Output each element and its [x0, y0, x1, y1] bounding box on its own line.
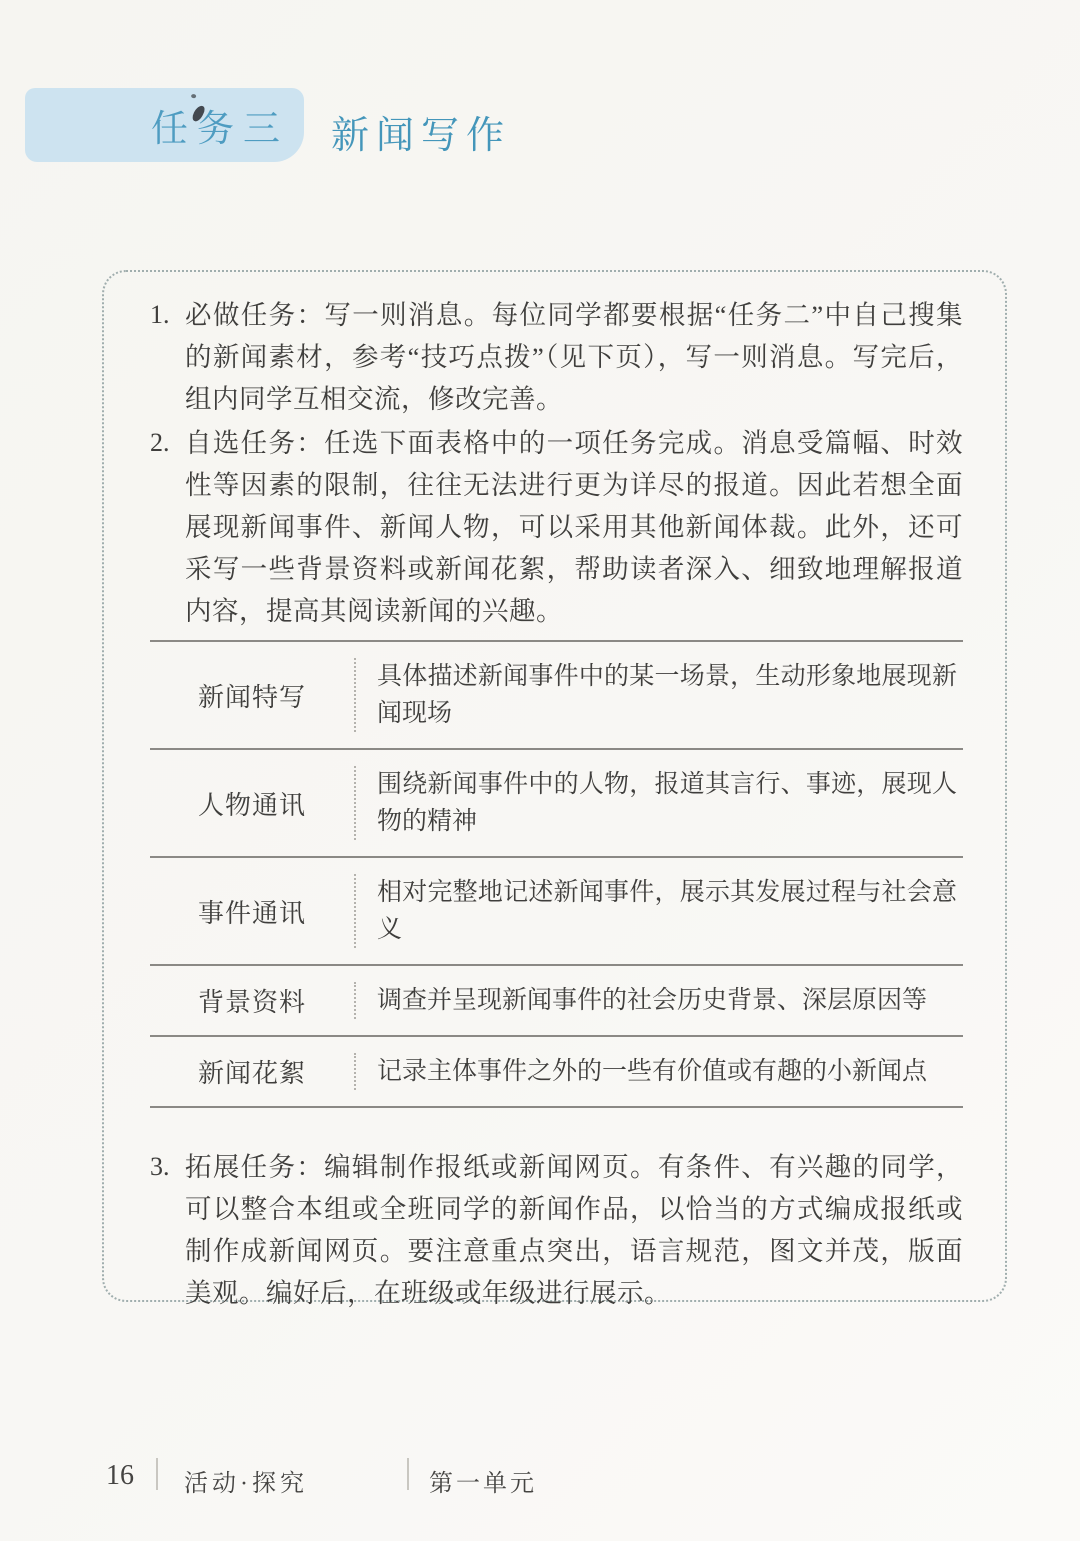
news-genre-table: 新闻特写 具体描述新闻事件中的某一场景，生动形象地展现新闻现场 人物通讯 围绕新… [150, 640, 963, 1108]
genre-description: 具体描述新闻事件中的某一场景，生动形象地展现新闻现场 [356, 658, 963, 732]
footer-divider [156, 1458, 158, 1490]
table-row: 新闻特写 具体描述新闻事件中的某一场景，生动形象地展现新闻现场 [150, 642, 963, 750]
task-text: 拓展任务：编辑制作报纸或新闻网页。有条件、有兴趣的同学，可以整合本组或全班同学的… [185, 1146, 963, 1314]
task-item-optional: 2. 自选任务：任选下面表格中的一项任务完成。消息受篇幅、时效性等因素的限制，往… [150, 422, 963, 632]
task-number: 2. [150, 422, 185, 632]
footer-unit-title: 第一单元 [429, 1463, 537, 1498]
genre-term: 新闻特写 [150, 658, 356, 732]
table-row: 事件通讯 相对完整地记述新闻事件，展示其发展过程与社会意义 [150, 858, 963, 966]
genre-description: 相对完整地记述新闻事件，展示其发展过程与社会意义 [356, 874, 963, 948]
genre-description: 调查并呈现新闻事件的社会历史背景、深层原因等 [356, 982, 963, 1019]
table-row: 背景资料 调查并呈现新闻事件的社会历史背景、深层原因等 [150, 966, 963, 1037]
task-number-badge: 任务三 [25, 88, 304, 162]
task-number: 3. [150, 1146, 185, 1314]
task-label: 拓展任务： [185, 1152, 324, 1182]
task-item-extension: 3. 拓展任务：编辑制作报纸或新闻网页。有条件、有兴趣的同学，可以整合本组或全班… [150, 1146, 963, 1314]
textbook-page: 任务三 新闻写作 1. 必做任务：写一则消息。每位同学都要根据“任务二”中自己搜… [0, 0, 1080, 1541]
task-instructions-box: 1. 必做任务：写一则消息。每位同学都要根据“任务二”中自己搜集的新闻素材，参考… [102, 270, 1007, 1302]
task-item-required: 1. 必做任务：写一则消息。每位同学都要根据“任务二”中自己搜集的新闻素材，参考… [150, 294, 963, 420]
page-number: 16 [106, 1460, 134, 1492]
page-footer: 16 活动·探究 第一单元 [0, 1452, 1080, 1500]
genre-term: 事件通讯 [150, 874, 356, 948]
genre-term: 新闻花絮 [150, 1053, 356, 1090]
task-label: 自选任务： [185, 428, 324, 458]
task-text: 自选任务：任选下面表格中的一项任务完成。消息受篇幅、时效性等因素的限制，往往无法… [185, 422, 963, 632]
genre-term: 人物通讯 [150, 766, 356, 840]
task-label: 必做任务： [185, 300, 324, 330]
footer-divider [407, 1458, 409, 1490]
table-row: 新闻花絮 记录主体事件之外的一些有价值或有趣的小新闻点 [150, 1037, 963, 1108]
genre-description: 围绕新闻事件中的人物，报道其言行、事迹，展现人物的精神 [356, 766, 963, 840]
task-badge-label: 任务三 [151, 98, 289, 152]
task-number: 1. [150, 294, 185, 420]
table-row: 人物通讯 围绕新闻事件中的人物，报道其言行、事迹，展现人物的精神 [150, 750, 963, 858]
page-title: 新闻写作 [331, 104, 511, 159]
genre-description: 记录主体事件之外的一些有价值或有趣的小新闻点 [356, 1053, 963, 1090]
footer-section-title: 活动·探究 [184, 1463, 308, 1498]
genre-term: 背景资料 [150, 982, 356, 1019]
task-text: 必做任务：写一则消息。每位同学都要根据“任务二”中自己搜集的新闻素材，参考“技巧… [185, 294, 963, 420]
